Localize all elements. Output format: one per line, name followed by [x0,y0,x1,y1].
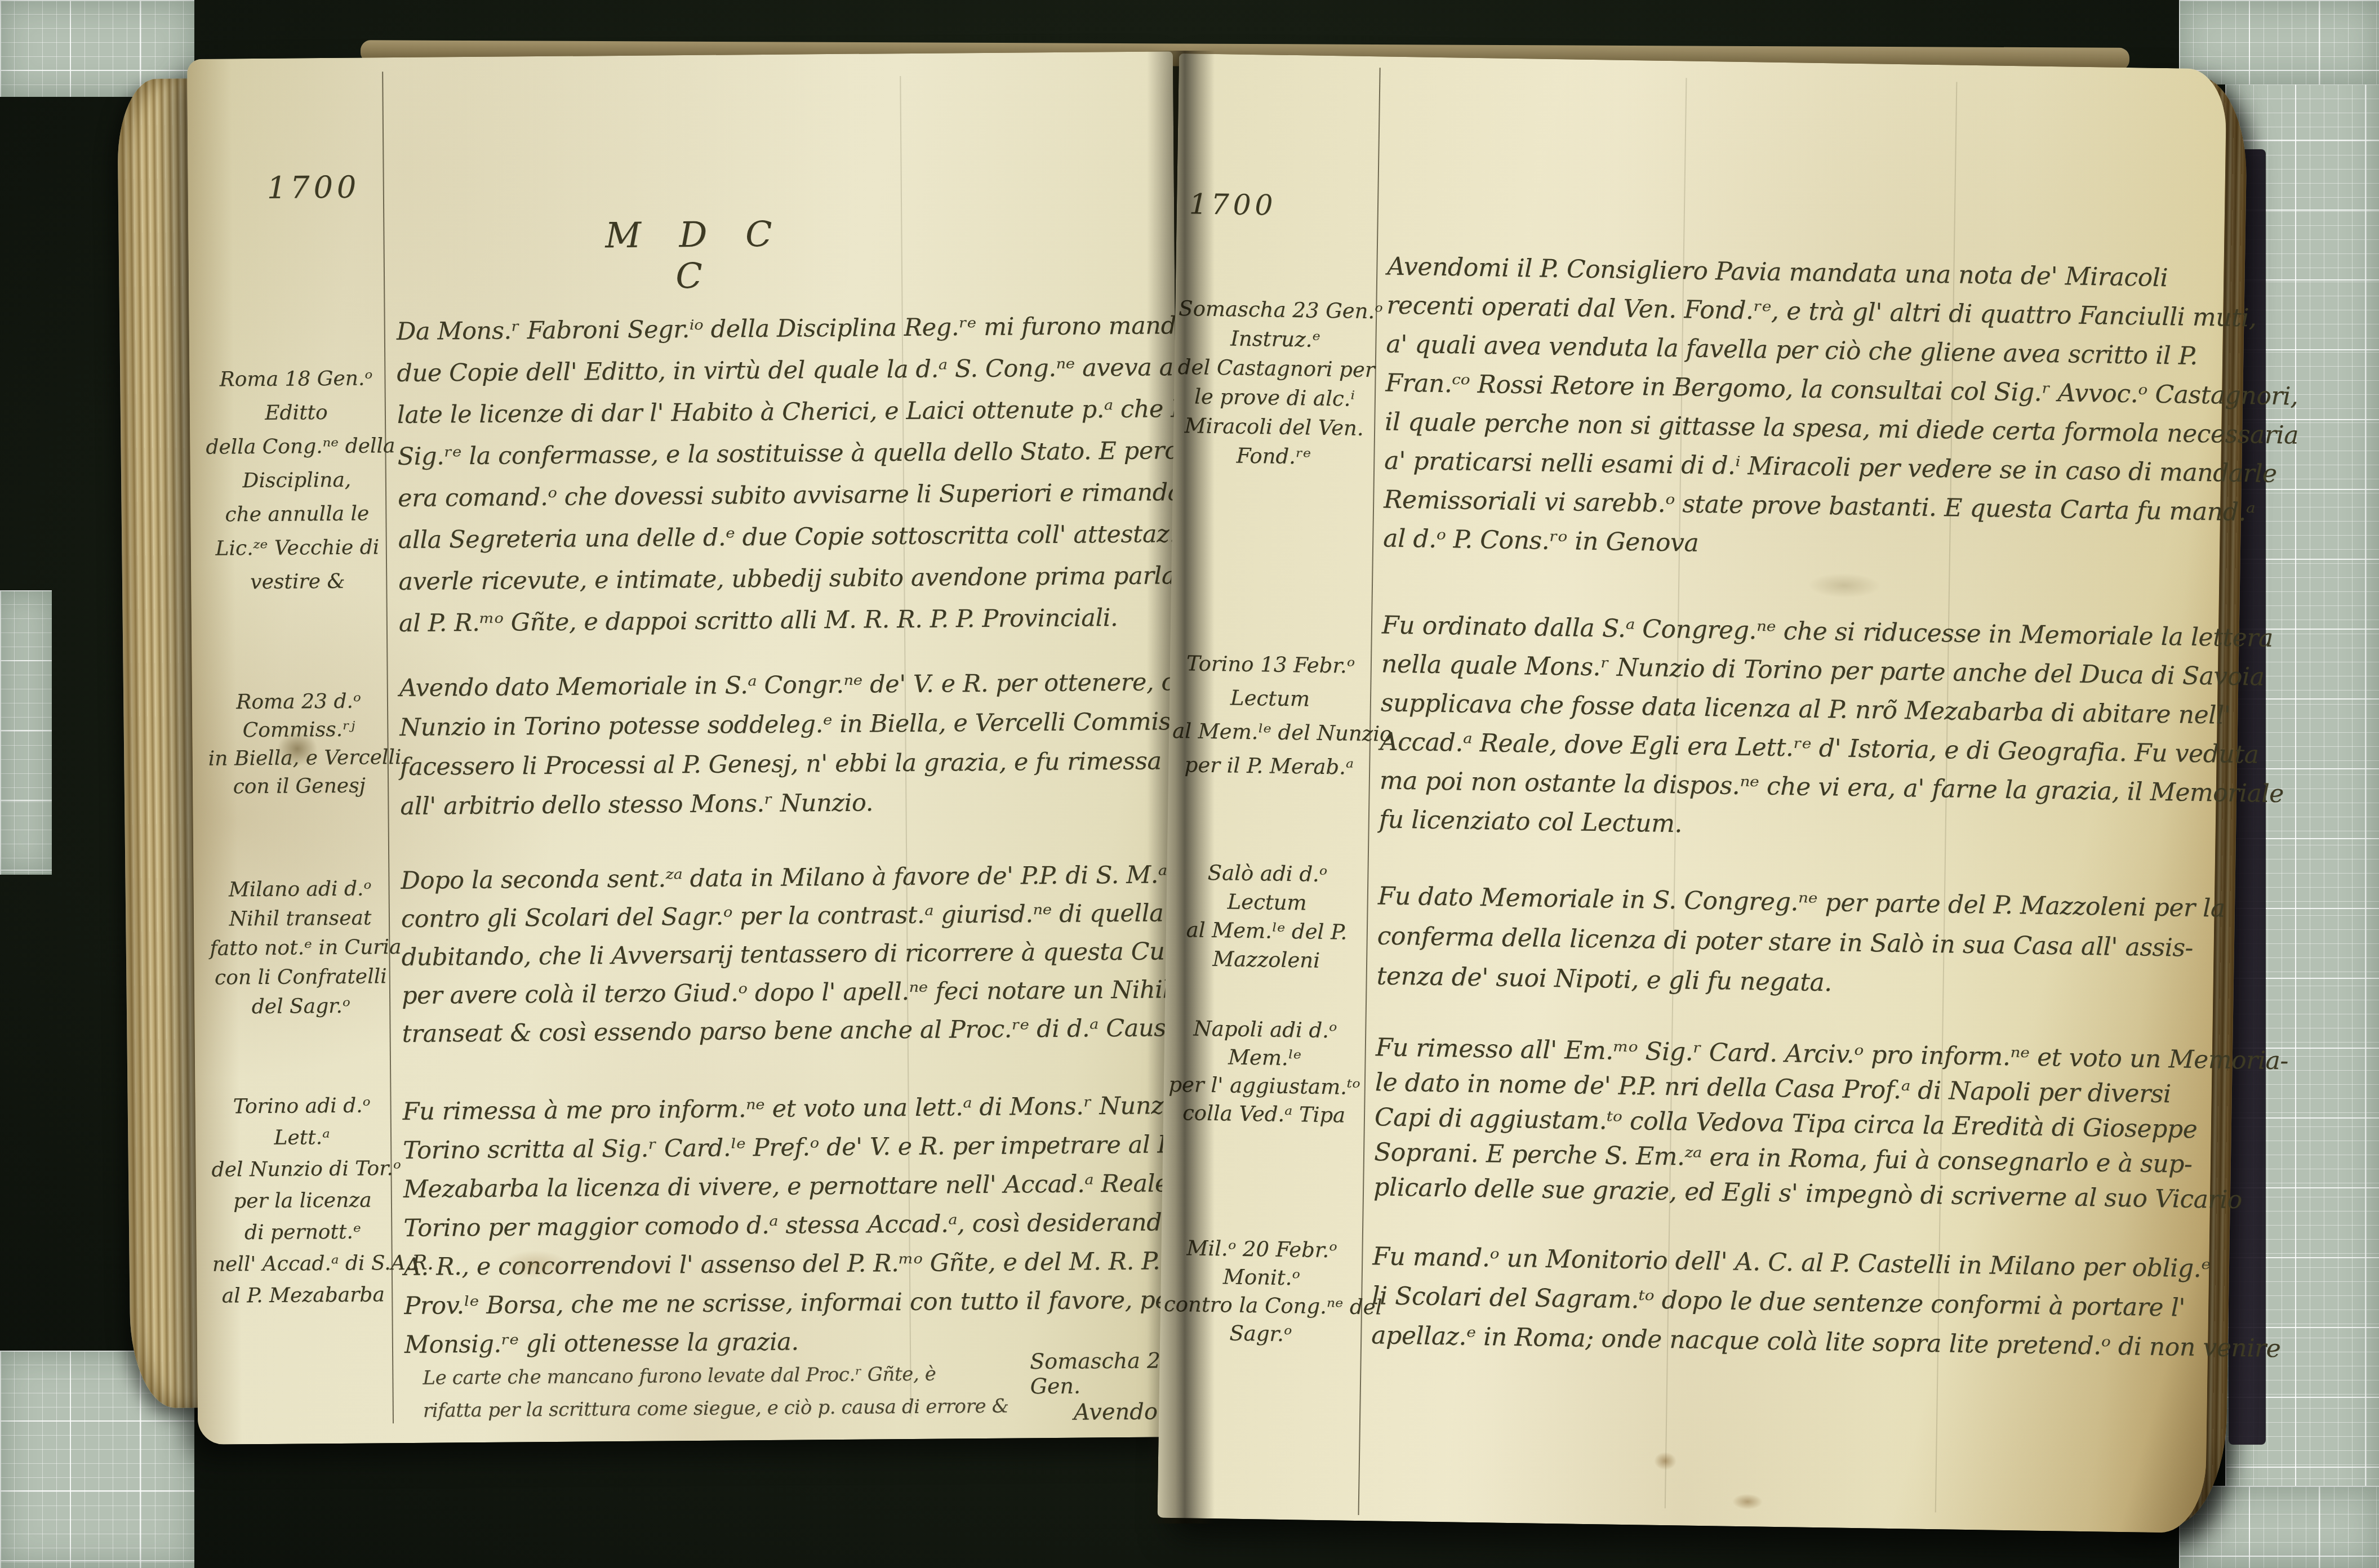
margin-line: Nihil transeat [210,903,391,934]
margin-line: fatto not.ᵉ in Curia [210,933,391,964]
addendum-line: rifatta per la scrittura come siegue, e … [423,1389,1043,1427]
text-line: all' arbitrio dello stesso Mons.ʳ Nunzio… [400,781,1175,826]
margin-note-lettera-nunzio: Torino adi d.ᵒLett.ᵃdel Nunzio di Tor.ᵒp… [211,1090,394,1312]
margin-line: Editto [206,395,387,431]
margin-line: della Cong.ⁿᵉ della [206,429,387,465]
text-line: contro gli Scolari del Sagr.ᵒ per la con… [401,894,1176,938]
margin-line: Torino adi d.ᵒ [211,1090,392,1123]
text-line: Da Mons.ʳ Fabroni Segr.ⁱᵒ della Discipli… [397,305,1172,353]
margin-line: Fond.ʳᵉ [1176,440,1371,473]
margin-line: al P. Mezabarba [212,1279,394,1312]
margin-note-monitorio-milano: Mil.ᵒ 20 Febr.ᵒMonit.ᵒcontro la Cong.ⁿᵉ … [1163,1234,1359,1349]
grid-panel-bottom-right [2179,1486,2379,1568]
margin-line: Commiss.ʳʲ [208,715,389,745]
margin-note-memoriale-vedova-tipa: Napoli adi d.ᵒMem.ˡᵉper l' aggiustam.ᵗᵒc… [1167,1014,1363,1130]
addendum-note: Le carte che mancano furono levate dal P… [423,1357,1043,1427]
entry-memoriale-vedova-tipa: Fu rimesso all' Em.ᵐᵒ Sig.ʳ Card. Arciv.… [1373,1030,2181,1217]
margin-line: in Biella, e Vercelli [208,743,390,773]
entry-instruzione-castagnori: Avendomi il P. Consigliero Pavia mandata… [1383,247,2193,570]
margin-line: Torino 13 Febr.ᵒ [1173,647,1368,683]
margin-note-lectum-mazzoleni: Salò adi d.ᵒLectumal Mem.ˡᵉ del P.Mazzol… [1169,858,1365,975]
right-page: 1700 Somascha 23 Gen.ᵒInstruz.ᵉdel Casta… [1157,54,2226,1533]
margin-line: di pernott.ᵉ [212,1216,393,1249]
chapter-heading: M D C C [577,213,814,297]
text-line: due Copie dell' Editto, in virtù del qua… [397,346,1172,394]
folio-year: 1700 [1189,188,1277,221]
text-line: al P. R.ᵐᵒ Gñte, e dappoi scritto alli M… [399,596,1174,644]
margin-line: contro la Cong.ⁿᵉ del [1164,1290,1359,1321]
margin-line: Miracoli del Ven. [1177,411,1372,443]
text-line: Sig.ʳᵉ la confermasse, e la sostituisse … [397,430,1172,478]
grid-panel-left-sliver [0,590,52,875]
margin-line: Roma 23 d.ᵒ [208,687,389,717]
text-line: facessero li Processi al P. Genesj, n' e… [400,741,1175,787]
text-line: Torino per maggior comodo d.ᵃ stessa Acc… [403,1203,1178,1248]
margin-note-lectum-nunzio: Torino 13 Febr.ᵒLectumal Mem.ˡᵉ del Nunz… [1172,647,1368,785]
text-line: Nunzio in Torino potesse soddeleg.ᵉ in B… [399,702,1175,747]
text-line: Dopo la seconda sent.ᶻᵃ data in Milano à… [401,856,1175,900]
margin-line: al Mem.ˡᵉ del P. [1170,915,1364,947]
text-line: Prov.ˡᵉ Borsa, che me ne scrisse, inform… [404,1281,1179,1326]
margin-note-instruzione-castagnori: Somascha 23 Gen.ᵒInstruz.ᵉdel Castagnori… [1176,294,1373,473]
margin-line: Instruz.ᵉ [1178,323,1373,355]
left-page: 1700 M D C C Roma 18 Gen.ᵒEdittodella Co… [187,51,1184,1445]
margin-line: con li Confratelli [210,962,392,993]
grid-panel-top-right [2179,0,2379,84]
margin-line: Mil.ᵒ 20 Febr.ᵒ [1164,1234,1359,1265]
photo-scene: 1700 M D C C Roma 18 Gen.ᵒEdittodella Co… [0,0,2379,1568]
text-line: per avere colà il terzo Giud.ᵒ dopo l' a… [402,970,1176,1015]
margin-line: Lett.ᵃ [211,1121,393,1155]
addendum-line: Le carte che mancano furono levate dal P… [423,1357,1042,1395]
margin-note-nihil-transeat: Milano adi d.ᵒNihil transeatfatto not.ᵉ … [209,874,392,1022]
margin-line: per il P. Merab.ᵃ [1172,748,1367,785]
folio-year: 1700 [267,170,361,206]
margin-line: con il Genesj [208,772,390,801]
margin-line: Sagr.ᵒ [1163,1318,1358,1349]
margin-note-commissari-biella: Roma 23 d.ᵒCommiss.ʳʲin Biella, e Vercel… [208,687,390,801]
margin-line: nell' Accad.ᵃ di S.A.R. [212,1248,394,1281]
margin-line: che annulla le [206,497,388,532]
text-line: A. R., e concorrendovi l' assenso del P.… [404,1242,1179,1287]
margin-note-editto-disciplina: Roma 18 Gen.ᵒEdittodella Cong.ⁿᵉ dellaDi… [205,362,388,600]
text-line: transeat & così essendo parso bene anche… [402,1009,1176,1053]
margin-line: le prove di alc.ⁱ [1177,382,1372,414]
margin-line: Napoli adi d.ᵒ [1168,1014,1363,1045]
entry-editto-disciplina: Da Mons.ʳ Fabroni Segr.ⁱᵒ della Discipli… [397,305,1174,644]
margin-line: Lectum [1170,887,1364,918]
margin-line: Milano adi d.ᵒ [209,874,390,905]
entry-commissari-biella-vercelli: Avendo dato Memoriale in S.ᵃ Congr.ⁿᵉ de… [399,662,1175,826]
margin-line: Somascha 23 Gen.ᵒ [1179,294,1373,326]
entry-monitorio-milano: Fu mand.ᵒ un Monitorio dell' A. C. al P.… [1371,1237,2178,1367]
margin-line: Monit.ᵒ [1164,1262,1359,1293]
smudge [1808,573,1882,599]
entry-lettera-nunzio-torino: Fu rimessa à me pro inform.ⁿᵉ et voto un… [402,1086,1179,1365]
entry-nihil-transeat-milano: Dopo la seconda sent.ᶻᵃ data in Milano à… [401,856,1177,1053]
margin-line: Lectum [1173,680,1368,717]
entry-lectum-memoriale-nunzio: Fu ordinato dalla S.ᵃ Congreg.ⁿᵉ che si … [1379,605,2187,850]
foxing-spot [1732,1494,1763,1510]
margin-line: vestire & [207,564,388,600]
margin-line: Mem.ˡᵉ [1167,1043,1362,1073]
margin-line: Roma 18 Gen.ᵒ [205,362,386,397]
text-line: dubitando, che li Avversarij tentassero … [401,932,1176,977]
margin-line: Mazzoleni [1169,944,1364,975]
margin-line: del Sagr.ᵒ [210,991,392,1022]
margin-line: Disciplina, [206,463,388,498]
text-line: alla Segreteria una delle d.ᵉ due Copie … [398,513,1173,561]
text-line: Avendo dato Memoriale in S.ᵃ Congr.ⁿᵉ de… [399,662,1175,708]
text-line: averle ricevute, e intimate, ubbedij sub… [398,555,1173,603]
margin-line: Lic.ᶻᵉ Vecchie di [207,531,388,566]
margin-line: al Mem.ˡᵉ del Nunzio [1172,714,1367,751]
margin-line: Salò adi d.ᵒ [1170,858,1365,889]
text-line: Torino scritta al Sig.ʳ Card.ˡᵉ Pref.ᵒ d… [403,1125,1177,1170]
margin-line: del Castagnori per [1177,353,1372,385]
text-line: era comand.ᵒ che dovessi subito avvisarn… [398,471,1173,519]
text-line: late le licenze di dar l' Habito à Cheri… [397,388,1172,436]
margin-line: per la licenza [212,1184,393,1218]
margin-line: per l' aggiustam.ᵗᵒ [1167,1071,1362,1102]
margin-line: del Nunzio di Tor.ᵒ [211,1153,393,1186]
text-line: Fu rimessa à me pro inform.ⁿᵉ et voto un… [402,1086,1177,1132]
text-line: Mezabarba la licenza di vivere, e pernot… [403,1164,1178,1209]
entry-lectum-memoriale-mazzoleni: Fu dato Memoriale in S. Congreg.ⁿᵉ per p… [1376,876,2184,1008]
margin-line: colla Ved.ᵃ Tipa [1167,1099,1362,1130]
